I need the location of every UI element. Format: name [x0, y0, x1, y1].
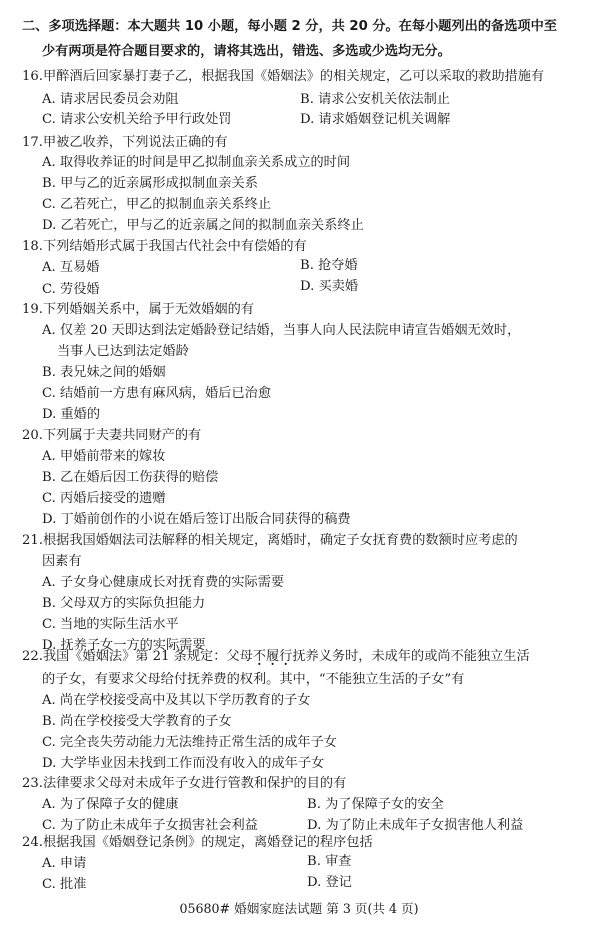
option-a: A. 仅差 20 天即达到法定婚龄登记结婚，当事人向人民法院申请宣告婚姻无效时， [42, 322, 520, 340]
option-d: D. 丁婚前创作的小说在婚后签订出版合同获得的稿费 [42, 511, 351, 529]
option-d: D. 登记 [307, 874, 352, 892]
option-a-continued: 当事人已达到法定婚龄 [57, 343, 189, 361]
question-stem: 下列婚姻关系中，属于无效婚姻的有 [43, 302, 254, 317]
option-a: A. 取得收养证的时间是甲乙拟制血亲关系成立的时间 [42, 154, 350, 172]
question-number: 24. [22, 835, 43, 850]
option-a: A. 互易婚 [42, 259, 99, 277]
option-a: A. 申请 [42, 855, 86, 873]
option-d: D. 重婚的 [42, 406, 100, 424]
option-c: C. 请求公安机关给予甲行政处罚 [42, 111, 231, 129]
question-number: 16. [22, 69, 43, 84]
option-b: B. 为了保障子女的安全 [307, 796, 444, 814]
option-c: C. 劳役婚 [42, 281, 100, 299]
emphasis-char: 行 [279, 649, 292, 664]
option-d: D. 大学毕业因未找到工作而没有收入的成年子女 [42, 755, 324, 773]
option-a: A. 请求居民委员会劝阻 [42, 91, 179, 109]
question-number: 23. [22, 776, 43, 791]
option-b: B. 请求公安机关依法制止 [300, 91, 450, 109]
option-d: D. 乙若死亡，甲与乙的近亲属之间的拟制血亲关系终止 [42, 217, 364, 235]
question-number: 20. [22, 428, 43, 443]
option-b: B. 父母双方的实际负担能力 [42, 595, 205, 613]
option-d: D. 请求婚姻登记机关调解 [300, 111, 450, 129]
question-stem: 下列结婚形式属于我国古代社会中有偿婚的有 [43, 239, 307, 254]
option-b: B. 甲与乙的近亲属形成拟制血亲关系 [42, 175, 258, 193]
question-number: 19. [22, 302, 43, 317]
question-number: 18. [22, 239, 43, 254]
question-stem-continued: 的子女，有要求父母给付抚养费的权利。其中，“不能独立生活的子女”有 [42, 671, 464, 689]
question-number: 21. [22, 533, 43, 548]
question-number: 17. [22, 135, 43, 150]
emphasis-char: 不 [253, 649, 266, 664]
question-stem-continued: 因素有 [42, 553, 82, 571]
question-stem: 根据我国婚姻法司法解释的相关规定，离婚时，确定子女抚育费的数额时应考虑的 [43, 533, 518, 548]
option-a: A. 尚在学校接受高中及其以下学历教育的子女 [42, 692, 310, 710]
exam-page: 二、多项选择题：本大题共 10 小题，每小题 2 分，共 20 分。在每小题列出… [0, 0, 598, 941]
option-c: C. 批准 [42, 876, 86, 894]
option-b: B. 审查 [307, 853, 351, 871]
question-stem: 甲醉酒后回家暴打妻子乙，根据我国《婚姻法》的相关规定，乙可以采取的救助措施有 [43, 69, 544, 84]
question-stem: 法律要求父母对未成年子女进行管教和保护的目的有 [43, 776, 346, 791]
section-title-line1: 二、多项选择题：本大题共 10 小题，每小题 2 分，共 20 分。在每小题列出… [22, 18, 557, 36]
option-d: D. 买卖婚 [300, 278, 358, 296]
option-b: B. 乙在婚后因工伤获得的赔偿 [42, 469, 218, 487]
emphasis-char: 履 [266, 649, 279, 664]
option-d: D. 为了防止未成年子女损害他人利益 [307, 817, 523, 835]
option-a: A. 子女身心健康成长对抚育费的实际需要 [42, 574, 284, 592]
option-b: B. 尚在学校接受大学教育的子女 [42, 713, 232, 731]
option-c: C. 乙若死亡，甲乙的拟制血亲关系终止 [42, 196, 271, 214]
question-stem: 我国《婚姻法》第 21 条规定：父母 [43, 649, 253, 664]
option-a: A. 为了保障子女的健康 [42, 796, 179, 814]
option-c: C. 当地的实际生活水平 [42, 616, 179, 634]
option-a: A. 甲婚前带来的嫁妆 [42, 448, 165, 466]
section-title-line2: 少有两项是符合题目要求的，请将其选出，错选、多选或少选均无分。 [42, 43, 451, 61]
question-stem: 下列属于夫妻共同财产的有 [43, 428, 201, 443]
question-stem: 根据我国《婚姻登记条例》的规定，离婚登记的程序包括 [43, 835, 373, 850]
option-c: C. 为了防止未成年子女损害社会利益 [42, 817, 258, 835]
page-footer: 05680# 婚姻家庭法试题 第 3 页(共 4 页) [0, 900, 598, 918]
question-number: 22. [22, 649, 43, 664]
option-c: C. 丙婚后接受的遗赠 [42, 490, 166, 508]
option-b: B. 表兄妹之间的婚姻 [42, 364, 166, 382]
option-c: C. 完全丧失劳动能力无法维持正常生活的成年子女 [42, 734, 337, 752]
option-c: C. 结婚前一方患有麻风病，婚后已治愈 [42, 385, 271, 403]
option-b: B. 抢夺婚 [300, 257, 358, 275]
question-stem: 甲被乙收养，下列说法正确的有 [43, 135, 228, 150]
question-stem-post: 抚养义务时，未成年的或尚不能独立生活 [292, 649, 529, 664]
